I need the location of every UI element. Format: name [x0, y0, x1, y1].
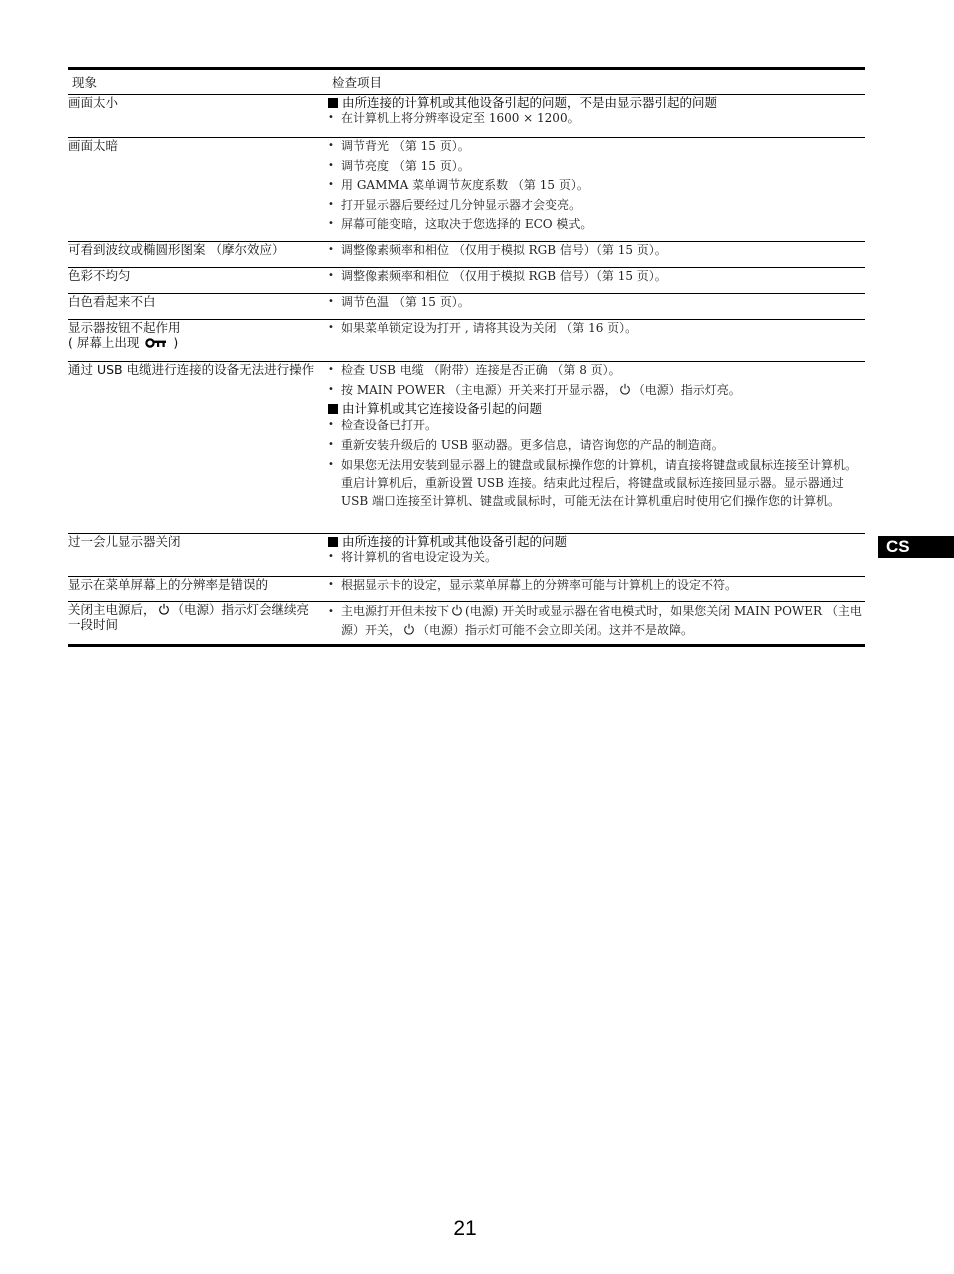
symptom-cell: 关闭主电源后，（电源）指示灯会继续亮一段时间 [68, 602, 328, 646]
square-bullet-icon [328, 95, 342, 110]
square-bullet-icon [328, 534, 342, 549]
list-item: • 屏幕可能变暗，这取决于您选择的 ECO 模式。 [328, 216, 865, 232]
key-lock-icon [145, 338, 167, 348]
symptom-cell: 画面太暗 [68, 138, 328, 242]
bullet-icon: • [328, 216, 341, 232]
column-header-check: 检查项目 [328, 69, 865, 95]
check-cell: • 根据显示卡的设定，显示菜单屏幕上的分辨率可能与计算机上的设定不符。 [328, 577, 865, 602]
list-item: • 主电源打开但未按下(电源) 开关时或显示器在省电模式时，如果您关闭 MAIN… [328, 602, 865, 640]
section-heading: 由计算机或其它连接设备引起的问题 [328, 401, 865, 416]
list-item: • 将计算机的省电设定设为关。 [328, 549, 865, 565]
bullet-icon: • [328, 320, 341, 336]
table-row: 过一会儿显示器关闭 由所连接的计算机或其他设备引起的问题 • 将计算机的省电设定… [68, 534, 865, 577]
check-cell: • 如果菜单锁定设为打开 , 请将其设为关闭 （第 16 页）。 [328, 320, 865, 362]
list-item: • 如果菜单锁定设为打开 , 请将其设为关闭 （第 16 页）。 [328, 320, 865, 336]
bullet-icon: • [328, 577, 341, 593]
column-header-symptom: 现象 [68, 69, 328, 95]
troubleshooting-table: 现象 检查项目 画面太小 由所连接的计算机或其他设备引起的问题，不是由显示器引起… [68, 67, 865, 647]
list-item: • 调整像素频率和相位 （仅用于模拟 RGB 信号）（第 15 页）。 [328, 242, 865, 258]
list-item: • 调节亮度 （第 15 页）。 [328, 158, 865, 174]
check-cell: 由所连接的计算机或其他设备引起的问题，不是由显示器引起的问题 • 在计算机上将分… [328, 95, 865, 138]
bullet-icon: • [328, 138, 341, 154]
bullet-icon: • [328, 456, 341, 510]
bullet-icon: • [328, 294, 341, 310]
table-row: 显示在菜单屏幕上的分辨率是错误的 • 根据显示卡的设定，显示菜单屏幕上的分辨率可… [68, 577, 865, 602]
check-cell: • 检查 USB 电缆 （附带）连接是否正确 （第 8 页）。 • 按 MAIN… [328, 362, 865, 534]
table-header-row: 现象 检查项目 [68, 69, 865, 95]
check-cell: • 调整像素频率和相位 （仅用于模拟 RGB 信号）（第 15 页）。 [328, 268, 865, 294]
list-item: • 检查 USB 电缆 （附带）连接是否正确 （第 8 页）。 [328, 362, 865, 378]
bullet-icon: • [328, 437, 341, 453]
list-item: • 如果您无法用安装到显示器上的键盘或鼠标操作您的计算机，请直接将键盘或鼠标连接… [328, 456, 865, 510]
symptom-cell: 色彩不均匀 [68, 268, 328, 294]
list-item: • 按 MAIN POWER （主电源）开关来打开显示器，（电源）指示灯亮。 [328, 382, 865, 398]
section-heading: 由所连接的计算机或其他设备引起的问题 [328, 534, 865, 549]
list-item: • 重新安装升级后的 USB 驱动器。更多信息，请咨询您的产品的制造商。 [328, 437, 865, 453]
table-row: 显示器按钮不起作用 ( 屏幕上出现 ) • 如果菜单锁定设为打开 , 请将其设为… [68, 320, 865, 362]
page-number: 21 [440, 1216, 490, 1242]
bullet-icon: • [328, 417, 341, 433]
bullet-icon: • [328, 602, 341, 640]
symptom-cell: 画面太小 [68, 95, 328, 138]
list-item: • 调节色温 （第 15 页）。 [328, 294, 865, 310]
symptom-cell: 过一会儿显示器关闭 [68, 534, 328, 577]
table-row: 通过 USB 电缆进行连接的设备无法进行操作 • 检查 USB 电缆 （附带）连… [68, 362, 865, 534]
check-cell: • 主电源打开但未按下(电源) 开关时或显示器在省电模式时，如果您关闭 MAIN… [328, 602, 865, 646]
check-cell: • 调整像素频率和相位 （仅用于模拟 RGB 信号）（第 15 页）。 [328, 242, 865, 268]
list-item: • 调整像素频率和相位 （仅用于模拟 RGB 信号）（第 15 页）。 [328, 268, 865, 284]
bullet-icon: • [328, 197, 341, 213]
check-cell: • 调节色温 （第 15 页）。 [328, 294, 865, 320]
section-heading: 由所连接的计算机或其他设备引起的问题，不是由显示器引起的问题 [328, 95, 865, 110]
table-row: 色彩不均匀 • 调整像素频率和相位 （仅用于模拟 RGB 信号）（第 15 页）… [68, 268, 865, 294]
symptom-cell: 显示器按钮不起作用 ( 屏幕上出现 ) [68, 320, 328, 362]
power-icon [451, 604, 463, 616]
language-tab-cs: CS [878, 536, 954, 558]
table-row: 可看到波纹或椭圆形图案 （摩尔效应） • 调整像素频率和相位 （仅用于模拟 RG… [68, 242, 865, 268]
power-icon [403, 623, 415, 635]
bullet-icon: • [328, 110, 341, 126]
power-icon [158, 603, 170, 615]
check-cell: 由所连接的计算机或其他设备引起的问题 • 将计算机的省电设定设为关。 [328, 534, 865, 577]
bullet-icon: • [328, 268, 341, 284]
bullet-icon: • [328, 362, 341, 378]
list-item: • 用 GAMMA 菜单调节灰度系数 （第 15 页）。 [328, 177, 865, 193]
bullet-icon: • [328, 382, 341, 398]
symptom-cell: 显示在菜单屏幕上的分辨率是错误的 [68, 577, 328, 602]
symptom-cell: 通过 USB 电缆进行连接的设备无法进行操作 [68, 362, 328, 534]
list-item: • 打开显示器后要经过几分钟显示器才会变亮。 [328, 197, 865, 213]
table-row: 画面太小 由所连接的计算机或其他设备引起的问题，不是由显示器引起的问题 • 在计… [68, 95, 865, 138]
bullet-icon: • [328, 177, 341, 193]
bullet-icon: • [328, 158, 341, 174]
bullet-icon: • [328, 242, 341, 258]
symptom-cell: 可看到波纹或椭圆形图案 （摩尔效应） [68, 242, 328, 268]
table-row: 关闭主电源后，（电源）指示灯会继续亮一段时间 • 主电源打开但未按下(电源) 开… [68, 602, 865, 646]
power-icon [619, 383, 631, 395]
table-row: 画面太暗 • 调节背光 （第 15 页）。 • 调节亮度 （第 15 页）。 •… [68, 138, 865, 242]
symptom-cell: 白色看起来不白 [68, 294, 328, 320]
list-item: • 调节背光 （第 15 页）。 [328, 138, 865, 154]
list-item: • 在计算机上将分辨率设定至 1600 × 1200。 [328, 110, 865, 126]
list-item: • 根据显示卡的设定，显示菜单屏幕上的分辨率可能与计算机上的设定不符。 [328, 577, 865, 593]
check-cell: • 调节背光 （第 15 页）。 • 调节亮度 （第 15 页）。 • 用 GA… [328, 138, 865, 242]
table-row: 白色看起来不白 • 调节色温 （第 15 页）。 [68, 294, 865, 320]
bullet-icon: • [328, 549, 341, 565]
list-item: • 检查设备已打开。 [328, 417, 865, 433]
square-bullet-icon [328, 401, 342, 416]
